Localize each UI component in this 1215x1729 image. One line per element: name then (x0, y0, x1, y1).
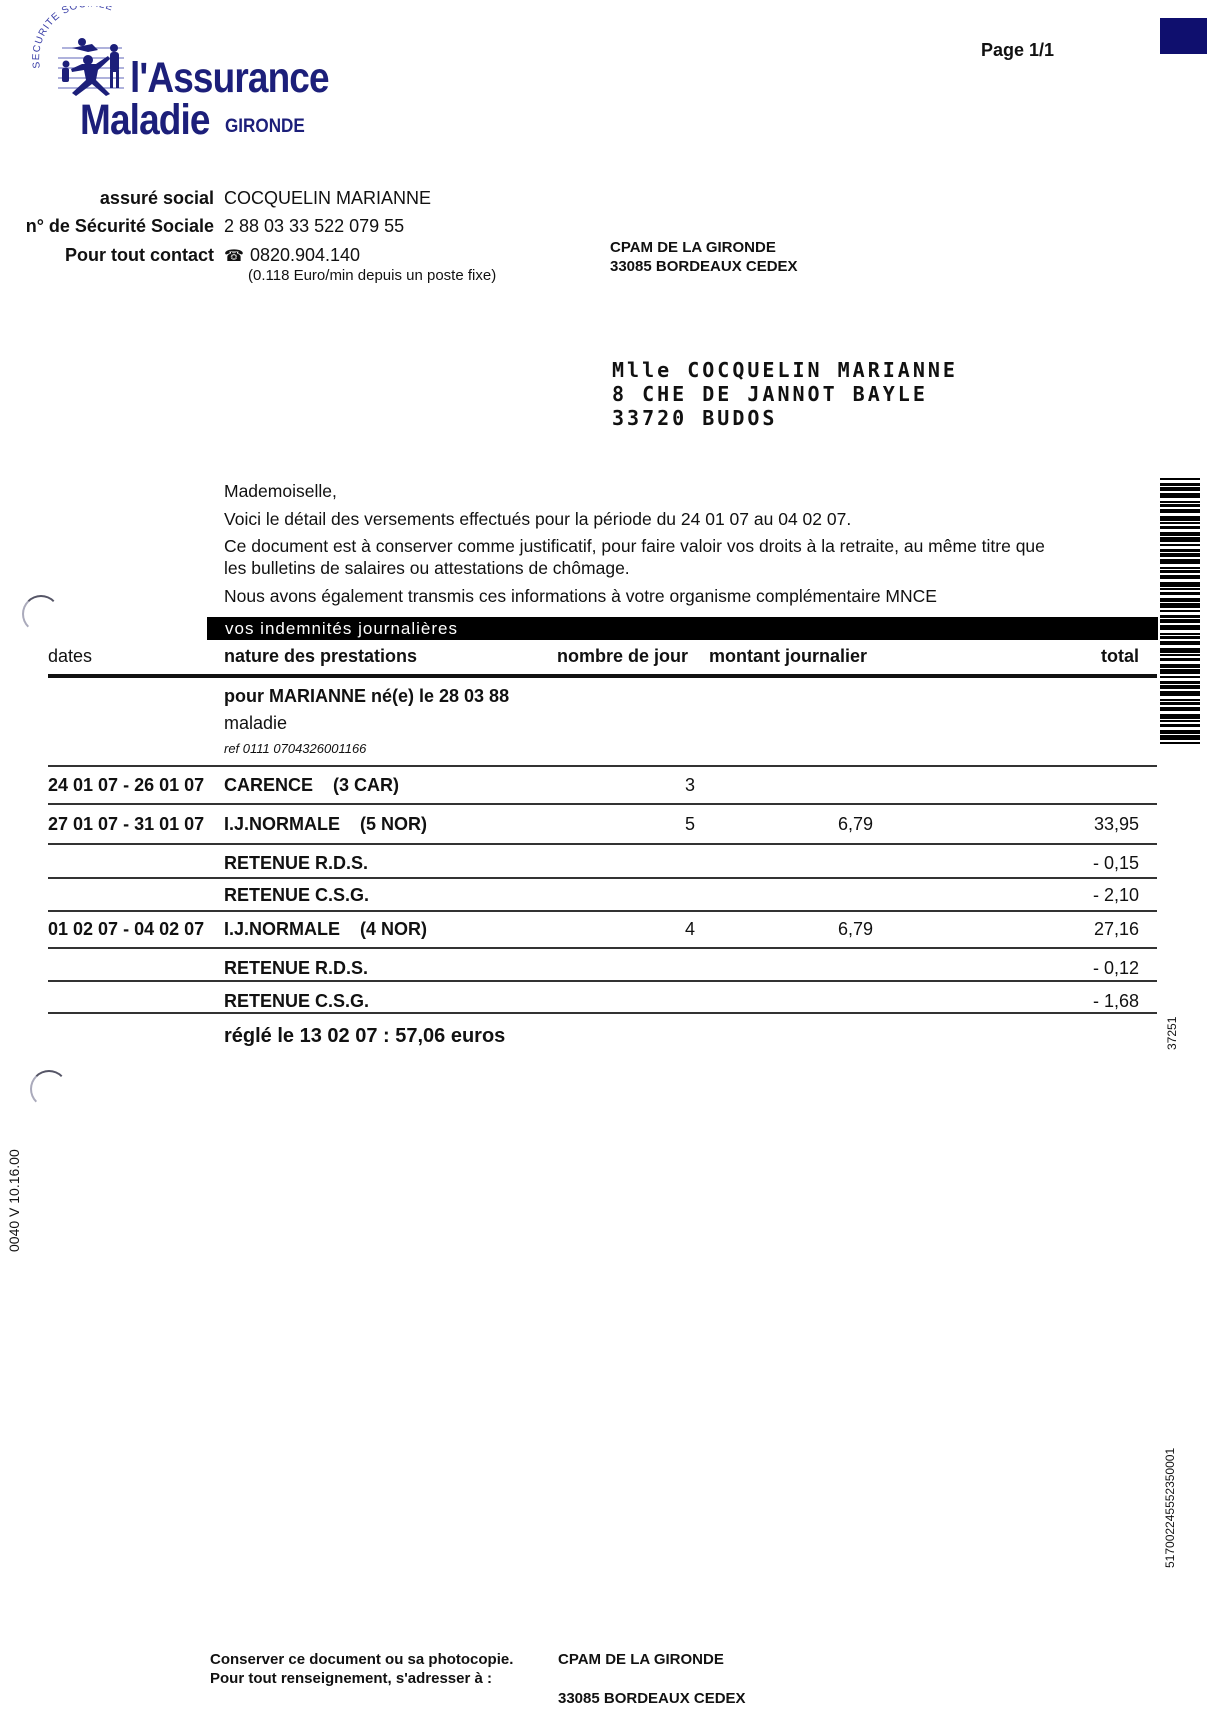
col-header-days: nombre de jour (557, 646, 688, 667)
header-divider (48, 674, 1157, 678)
row-divider (48, 980, 1157, 982)
barcode (1160, 478, 1200, 748)
col-header-dates: dates (48, 646, 92, 667)
row-cell-nature: RETENUE R.D.S. (224, 958, 368, 979)
row-divider (48, 910, 1157, 912)
reference: ref 0111 0704326001166 (224, 741, 366, 756)
salutation: Mademoiselle, (224, 481, 337, 502)
col-header-daily: montant journalier (709, 646, 867, 667)
letter-paragraph-3: Nous avons également transmis ces inform… (224, 586, 937, 607)
sender-line1: CPAM DE LA GIRONDE (610, 239, 776, 256)
row-divider (48, 843, 1157, 845)
ssn-label: n° de Sécurité Sociale (0, 216, 214, 237)
punch-hole-mark (22, 595, 60, 633)
row-cell-nature: RETENUE R.D.S. (224, 853, 368, 874)
row-cell-nature: CARENCE (3 CAR) (224, 775, 399, 796)
row-cell-nature: RETENUE C.S.G. (224, 991, 369, 1012)
recipient-line3: 33720 BUDOS (612, 406, 777, 430)
letter-paragraph-2b: les bulletins de salaires ou attestation… (224, 558, 630, 579)
row-cell-days: 4 (685, 919, 695, 940)
footer-org: CPAM DE LA GIRONDE (558, 1651, 724, 1668)
footer-line2: Pour tout renseignement, s'adresser à : (210, 1670, 492, 1687)
punch-hole-mark (30, 1070, 68, 1108)
row-cell-days: 5 (685, 814, 695, 835)
logo-wordmark-line2: Maladie (80, 96, 210, 145)
row-divider (48, 1012, 1157, 1014)
row-cell-total: - 2,10 (1093, 885, 1139, 906)
logo-figures-icon (52, 34, 132, 98)
footer-city: 33085 BORDEAUX CEDEX (558, 1690, 746, 1707)
row-cell-daily: 6,79 (838, 814, 873, 835)
row-cell-daily: 6,79 (838, 919, 873, 940)
section-title-bar: vos indemnités journalières (207, 617, 1158, 640)
benefit-category: maladie (224, 713, 287, 734)
row-cell-nature: I.J.NORMALE (4 NOR) (224, 919, 427, 940)
row-cell-total: 27,16 (1094, 919, 1139, 940)
phone-number: 0820.904.140 (250, 245, 360, 265)
phone-icon: ☎ (224, 246, 244, 266)
beneficiary: pour MARIANNE né(e) le 28 03 88 (224, 686, 509, 707)
contact-label: Pour tout contact (0, 245, 214, 266)
row-cell-total: 33,95 (1094, 814, 1139, 835)
row-cell-days: 3 (685, 775, 695, 796)
logo-region: GIRONDE (225, 116, 305, 138)
row-divider (48, 765, 1157, 767)
col-header-nature: nature des prestations (224, 646, 417, 667)
row-cell-dates: 24 01 07 - 26 01 07 (48, 775, 204, 796)
row-divider (48, 803, 1157, 805)
side-code-right-long: 517002245552350001 (1163, 1448, 1177, 1568)
row-divider (48, 877, 1157, 879)
contact-phone: ☎0820.904.140 (224, 245, 360, 266)
insured-label: assuré social (0, 188, 214, 209)
row-cell-total: - 0,15 (1093, 853, 1139, 874)
row-cell-nature: RETENUE C.S.G. (224, 885, 369, 906)
footer-line1: Conserver ce document ou sa photocopie. (210, 1651, 513, 1668)
side-code-left: 0040 V 10.16.00 (6, 1149, 22, 1252)
corner-mark (1160, 18, 1207, 54)
row-divider (48, 947, 1157, 949)
side-code-right-small: 37251 (1165, 1017, 1179, 1050)
ssn-value: 2 88 03 33 522 079 55 (224, 216, 404, 237)
col-header-total: total (1101, 646, 1139, 667)
page-indicator: Page 1/1 (981, 40, 1054, 61)
letter-paragraph-1: Voici le détail des versements effectués… (224, 509, 851, 530)
row-cell-dates: 27 01 07 - 31 01 07 (48, 814, 204, 835)
row-cell-nature: I.J.NORMALE (5 NOR) (224, 814, 427, 835)
insured-name: COCQUELIN MARIANNE (224, 188, 431, 209)
recipient-line1: Mlle COCQUELIN MARIANNE (612, 358, 958, 382)
recipient-line2: 8 CHE DE JANNOT BAYLE (612, 382, 928, 406)
row-cell-total: - 0,12 (1093, 958, 1139, 979)
payment-summary: réglé le 13 02 07 : 57,06 euros (224, 1025, 505, 1048)
letter-paragraph-2a: Ce document est à conserver comme justif… (224, 536, 1045, 557)
row-cell-dates: 01 02 07 - 04 02 07 (48, 919, 204, 940)
sender-line2: 33085 BORDEAUX CEDEX (610, 258, 798, 275)
phone-note: (0.118 Euro/min depuis un poste fixe) (248, 267, 496, 284)
row-cell-total: - 1,68 (1093, 991, 1139, 1012)
